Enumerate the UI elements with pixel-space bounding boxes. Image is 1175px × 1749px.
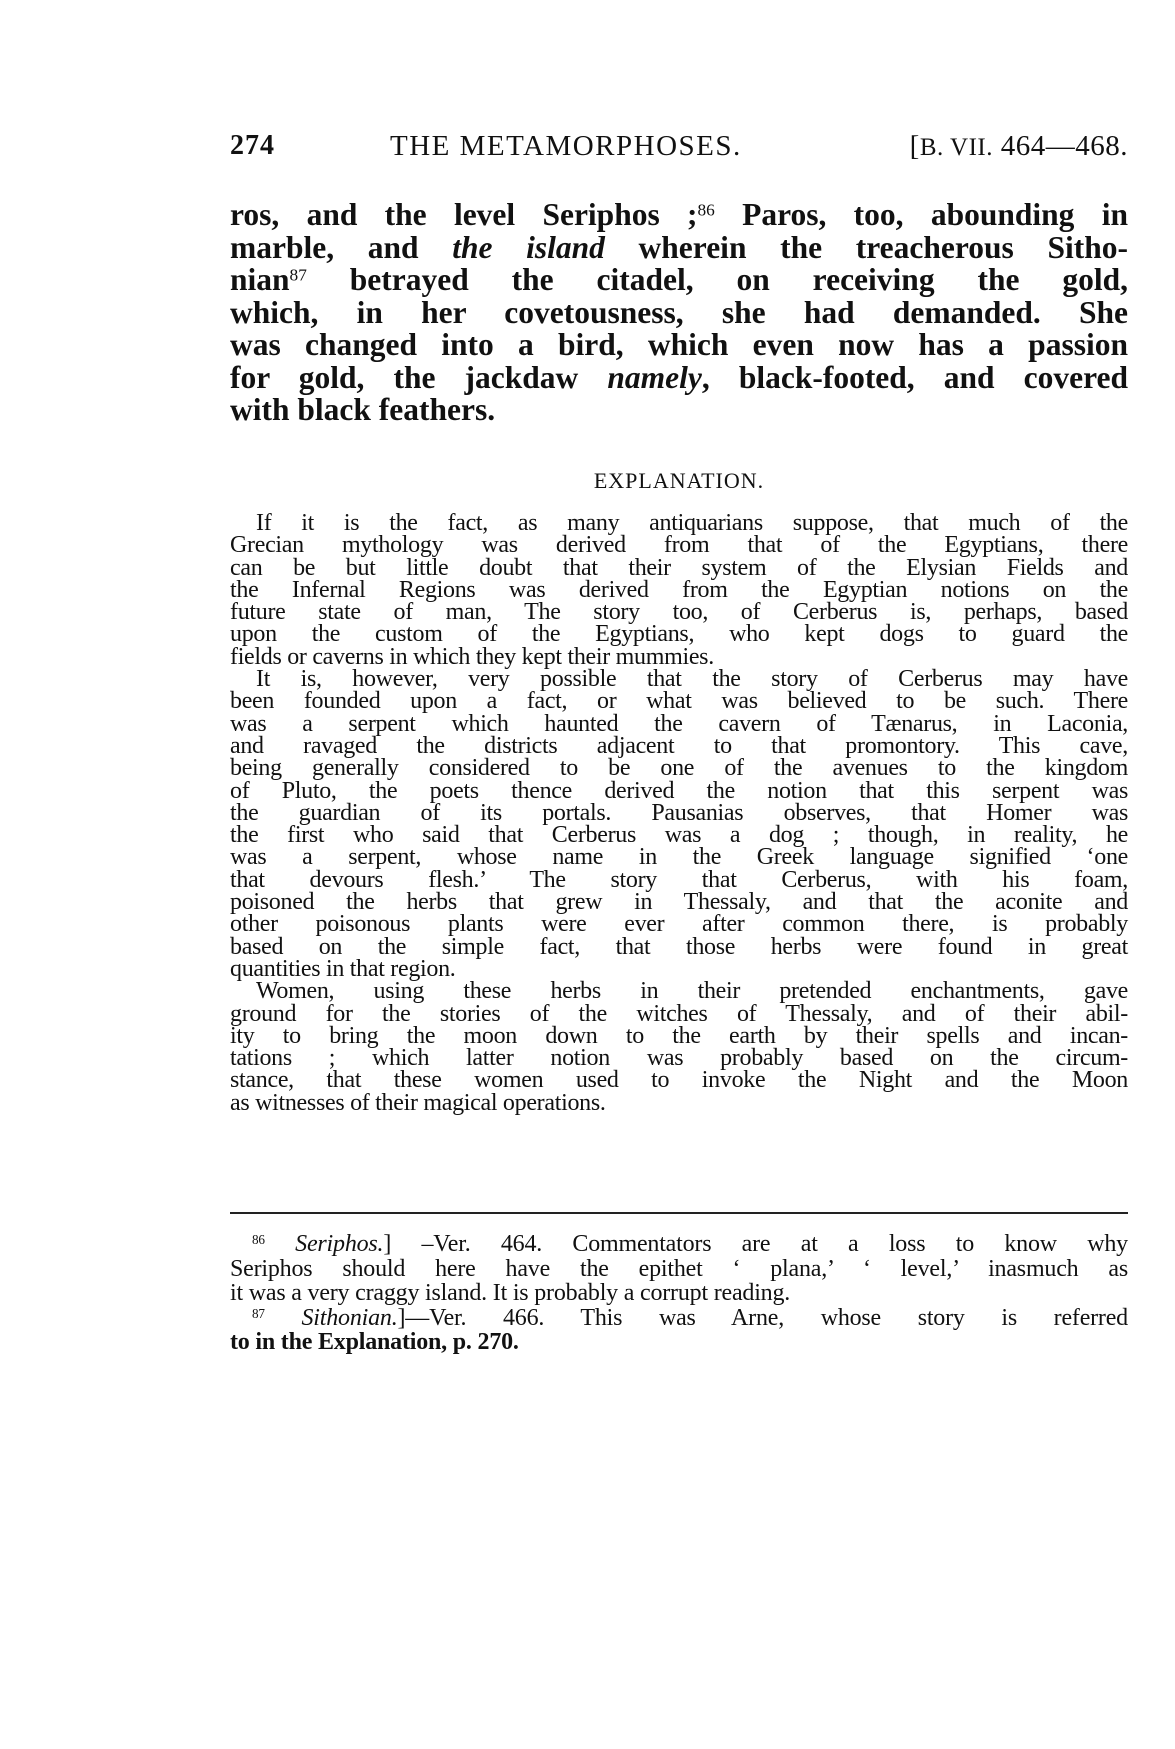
footnote-divider [230, 1212, 1128, 1214]
verse-range: 464—468. [1001, 130, 1128, 162]
footnotes: 86 Seriphos.] –Ver. 464. Commentators ar… [230, 1232, 1128, 1355]
section-heading: EXPLANATION. [230, 468, 1128, 494]
text-line: the Infernal Regions was derived from th… [230, 579, 1128, 601]
text-run: wherein the treacherous Sitho- [605, 230, 1128, 265]
text-line: that devours flesh.’ The story that Cerb… [230, 869, 1128, 891]
translation-text: ros, and the level Seriphos ;86 Paros, t… [230, 199, 1128, 427]
text-line: and ravaged the districts adjacent to th… [230, 735, 1128, 757]
footnote-marker: 87 [252, 1305, 265, 1320]
text-line: upon the custom of the Egyptians, who ke… [230, 623, 1128, 645]
bracket: [ [910, 130, 920, 162]
explanation-text: If it is the fact, as many antiquarians … [230, 512, 1128, 1114]
footnote-line: 86 Seriphos.] –Ver. 464. Commentators ar… [230, 1232, 1128, 1257]
text-line: Grecian mythology was derived from that … [230, 534, 1128, 556]
text-line: ity to bring the moon down to the earth … [230, 1025, 1128, 1047]
book-abbrev: B. VII. [920, 134, 993, 161]
text-run: was changed into a bird, which even now … [230, 327, 1128, 362]
text-line: can be but little doubt that their syste… [230, 557, 1128, 579]
footnote-marker: 86 [252, 1232, 265, 1247]
verse-reference: [B. VII. 464—468. [910, 126, 1128, 168]
text-line: fields or caverns in which they kept the… [230, 646, 1128, 668]
footnote-line: to in the Explanation, p. 270. [230, 1330, 1128, 1355]
text-line: tations ; which latter notion was probab… [230, 1047, 1128, 1069]
text-line: the first who said that Cerberus was a d… [230, 824, 1128, 846]
text-run: betrayed the citadel, on receiving the g… [307, 262, 1128, 297]
text-line: ros, and the level Seriphos ;86 Paros, t… [230, 199, 1128, 232]
text-run: Seriphos should here have the epithet ‘ … [230, 1256, 1128, 1282]
text-run: it was a very craggy island. It is proba… [230, 1280, 790, 1306]
italic-text: Sithonian. [301, 1305, 397, 1331]
footnote-line: it was a very craggy island. It is proba… [230, 1281, 1128, 1306]
text-line: Women, using these herbs in their preten… [230, 980, 1128, 1002]
text-run: , black-footed, and covered [702, 360, 1128, 395]
text-line: If it is the fact, as many antiquarians … [230, 512, 1128, 534]
running-head: 274 THE METAMORPHOSES. [B. VII. 464—468. [230, 126, 1128, 166]
text-run: for gold, the jackdaw [230, 360, 607, 395]
text-line: of Pluto, the poets thence derived the n… [230, 780, 1128, 802]
text-run [265, 1231, 295, 1257]
text-run: ros, and the level Seriphos ; [230, 197, 698, 232]
text-line: poisoned the herbs that grew in Thessaly… [230, 891, 1128, 913]
text-line: was a serpent which haunted the cavern o… [230, 713, 1128, 735]
text-line: with black feathers. [230, 394, 1128, 427]
text-run: ] –Ver. 464. Commentators are at a loss … [383, 1231, 1128, 1257]
italic-text: Seriphos. [295, 1231, 383, 1257]
footnote-line: 87 Sithonian.]—Ver. 466. This was Arne, … [230, 1306, 1128, 1331]
text-run [265, 1305, 302, 1331]
text-line: other poisonous plants were ever after c… [230, 913, 1128, 935]
text-line: It is, however, very possible that the s… [230, 668, 1128, 690]
italic-text: the island [452, 230, 605, 265]
text-run: which, in her covetousness, she had dema… [230, 295, 1128, 330]
text-line: marble, and the island wherein the treac… [230, 232, 1128, 265]
footnote-marker: 87 [290, 265, 307, 284]
text-line: was a serpent, whose name in the Greek l… [230, 846, 1128, 868]
text-line: was changed into a bird, which even now … [230, 329, 1128, 362]
text-line: for gold, the jackdaw namely, black-foot… [230, 362, 1128, 395]
text-line: quantities in that region. [230, 958, 1128, 980]
page-number: 274 [230, 126, 275, 166]
text-line: the guardian of its portals. Pausanias o… [230, 802, 1128, 824]
text-run: to in the Explanation, p. 270. [230, 1329, 519, 1355]
text-line: ground for the stories of the witches of… [230, 1003, 1128, 1025]
text-line: being generally considered to be one of … [230, 757, 1128, 779]
text-line: been founded upon a fact, or what was be… [230, 690, 1128, 712]
text-run: with black feathers. [230, 392, 495, 427]
text-run: ]—Ver. 466. This was Arne, whose story i… [398, 1305, 1128, 1331]
text-line: future state of man, The story too, of C… [230, 601, 1128, 623]
text-line: as witnesses of their magical operations… [230, 1092, 1128, 1114]
footnote-line: Seriphos should here have the epithet ‘ … [230, 1257, 1128, 1282]
footnote-marker: 86 [698, 200, 715, 219]
text-run: Paros, too, abounding in [715, 197, 1128, 232]
text-run: nian [230, 262, 290, 297]
text-line: nian87 betrayed the citadel, on receivin… [230, 264, 1128, 297]
book-title: THE METAMORPHOSES. [390, 126, 742, 166]
text-line: stance, that these women used to invoke … [230, 1069, 1128, 1091]
text-run: marble, and [230, 230, 452, 265]
text-line: which, in her covetousness, she had dema… [230, 297, 1128, 330]
italic-text: namely [607, 360, 702, 395]
text-line: based on the simple fact, that those her… [230, 936, 1128, 958]
